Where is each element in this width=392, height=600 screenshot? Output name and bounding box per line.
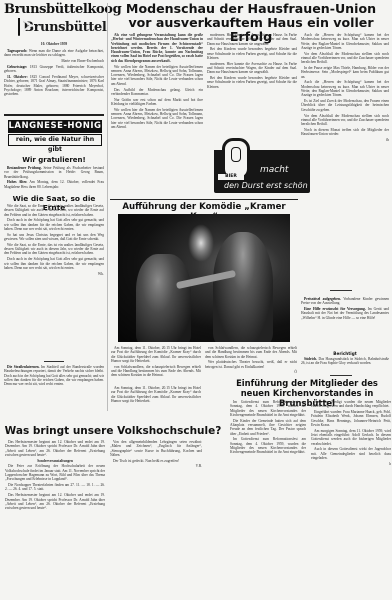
modenschau-paragraph: Vor dem Abschluß der Modenschau stellten… (301, 114, 389, 127)
tagesspruch-author: Marie von Ebner-Eschenbach (4, 59, 104, 63)
modenschau-paragraph: Auch die „Herren der Schöpfung“ kamen be… (301, 33, 389, 50)
newspaper-page: Brunsbüttelkoog Brunsbüttel 10. Oktober … (0, 0, 392, 600)
volkshochschule-paragraph: Das Herbstsemester beginnt am 12. Oktobe… (5, 493, 105, 510)
kirchenvorstand-paragraph: Eingeführt wurden: Frau Marianne Haack, … (311, 410, 391, 427)
volkshochschule-col2: Von den allgemeinbildenden Lehrgängen se… (110, 440, 202, 500)
modenschau-headline-line1: Modenschau der Hausfrauen-Union (110, 2, 392, 16)
divider (4, 114, 104, 116)
volkshochschule-paragraph: Das Herbstsemester beginnt am 12. Oktobe… (5, 440, 105, 457)
kirchenvorstand-paragraph: Am morgigen Sonntag, dem 11. Oktober 195… (311, 429, 391, 446)
kramer-paragraph: Wer plattdeutsches Theater besucht, weiß… (205, 360, 297, 369)
gratulieren-body: Bestandener Prüfung. Seine Prüfung als F… (4, 166, 104, 190)
coat-of-arms-icon (18, 18, 20, 36)
almanac: Tagesspruch: Wenn man die Dame als eine … (4, 49, 104, 98)
volkshochschule-paragraph: Die Nordsapper Theaterfahrten finden am … (5, 483, 105, 492)
ad-beer-word2: den Durst erst schön (224, 181, 308, 190)
strassenlaternen-notice: Die Straßenlaternen. Im Stadtteil auf de… (4, 365, 104, 409)
modenschau-col1: Als eine voll gelungene Veranstaltung ka… (111, 33, 203, 207)
kirchenvorstand-col2: Nach der Predigt wurden die neuen Mitgli… (311, 400, 391, 520)
kirchenvorstand-paragraph: Nach der Predigt wurden die neuen Mitgli… (311, 400, 391, 409)
kramer-paragraph: Am Sonntag, dem 11. Oktober, 20.15 Uhr b… (111, 346, 201, 363)
masthead-title-line2-wrap: Brunsbüttel (18, 18, 100, 36)
modenschau-paragraph: Vor dem Abschluß der Modenschau stellten… (301, 52, 389, 65)
volkshochschule-section-heading: Sonderveranstaltungen (5, 459, 105, 463)
kirchenvorstand-paragraph: Auch in diesem Gottesdienst wirkt der Ju… (311, 447, 391, 460)
modenschau-col2: modernen. Hier kannte die Aversachte zu … (207, 33, 297, 145)
masthead-title-line1: Brunsbüttelkoog (4, 3, 100, 17)
kramer-col1: Am Sonntag, dem 11. Oktober, 20.15 Uhr b… (111, 346, 201, 386)
saat-author-tag: Wk. (4, 272, 104, 276)
ad-beer: BIER macht den Durst erst schön (214, 150, 310, 193)
modenschau-paragraph: Bei den Kindern wurde besonders begehrte… (207, 47, 297, 60)
divider (110, 199, 298, 200)
kramer-paragraph: Am Sonntag, dem 11. Oktober, 20.15 Uhr b… (111, 386, 201, 403)
notices-column: Preisrätsel aufgegeben. Vorhandene Kinde… (301, 297, 389, 321)
modenschau-paragraph: Noch in diesem Monat treffen sich die Mi… (301, 128, 389, 137)
gratulieren-headline: Wir gratulieren! (4, 156, 104, 164)
saat-paragraph: Doch auch in der Schöpfung hat Gott alle… (4, 257, 104, 270)
saat-body: Wie die Saat, so die Ernte, das ist ein … (4, 204, 104, 360)
kramer-col1-cont: Am Sonntag, dem 11. Oktober, 20.15 Uhr b… (111, 386, 201, 410)
saat-paragraph: Wie die Saat, so die Ernte, das ist ein … (4, 204, 104, 217)
modenschau-col3: Auch die „Herren der Schöpfung“ kamen be… (301, 33, 389, 287)
masthead: Brunsbüttelkoog Brunsbüttel (4, 3, 100, 36)
kramer-author-tag: Ö (205, 370, 297, 374)
kirchenvorstand-paragraph: Die Kinder der Gemeinde hatten sich auf … (230, 419, 306, 436)
kramer-paragraph: von Schlafwandlern, die schauspielerisch… (111, 365, 201, 378)
modenschau-author-tag: fh (301, 138, 389, 142)
modenschau-paragraph: Wir wollen hier die Namen der beteiligte… (111, 108, 203, 129)
berichtigt-notice: Südrich. Das Hausgrundstück in Südrich, … (301, 357, 389, 367)
volkshochschule-author-tag: V.B. (110, 464, 202, 468)
modenschau-paragraph: modernen. Hier kannte die Aversachte zu … (207, 33, 297, 46)
saat-paragraph: Wie die Saat, so die Ernte, das ist ein … (4, 243, 104, 256)
modenschau-paragraph: Wir wollen hier die Namen der beteiligte… (111, 65, 203, 86)
theater-photo (118, 214, 290, 342)
kirchenvorstand-headline-line1: Einführung der Mitglieder des (222, 378, 392, 388)
modenschau-paragraph: Das Aufbild der Modenschau gelang. Gleic… (111, 88, 203, 97)
column-rule (107, 3, 108, 411)
ad-langnese-title: LANGNESE-HONIG (8, 120, 102, 133)
modenschau-paragraph: Bei den Kindern wurde besonders begehrte… (207, 76, 297, 89)
ad-beer-label: BIER (218, 174, 244, 180)
issue-date: 10. Oktober 1959 (4, 42, 104, 46)
volkshochschule-col1: Das Herbstsemester beginnt am 12. Oktobe… (5, 440, 105, 590)
kirchenvorstand-col1: Im Gottesdienst zum Reformationsfest am … (230, 400, 306, 520)
modenschau-paragraph: Nur Gräfin war erst schon auf dem Markt … (111, 98, 203, 107)
kirchenvorstand-author-tag: h (311, 462, 391, 466)
modenschau-lead: Als eine voll gelungene Veranstaltung ka… (111, 33, 203, 63)
kirchenvorstand-paragraph: Im Gottesdienst zum Reformationsfest am … (230, 400, 306, 417)
ad-beer-word1: macht (260, 165, 288, 175)
notice-text-cont: Doch auch in der Schöpfung hat Gott alle… (4, 374, 104, 387)
berichtigt-heading: Berichtigt (301, 351, 389, 356)
divider (330, 375, 352, 376)
divider (330, 290, 352, 291)
volkshochschule-headline: Was bringt unsere Volkshochschule? (4, 425, 222, 437)
modenschau-paragraph: Auch die „Herren der Schöpfung“ kamen be… (301, 80, 389, 97)
volkshochschule-paragraph: Der Tisch ist gedeckt. Nun heißt es zugr… (110, 459, 202, 463)
divider (44, 361, 64, 362)
saat-paragraph: Doch auch in der Schöpfung hat Gott alle… (4, 218, 104, 231)
volkshochschule-paragraph: Von den allgemeinbildenden Lehrgängen se… (110, 440, 202, 457)
modenschau-paragraph: In der Pause zeigte Max Thiele, Hamburg,… (301, 66, 389, 79)
modenschau-paragraph: modernen. Hier kannte die Aversachte zu … (207, 62, 297, 75)
ad-langnese-honig: LANGNESE-HONIG rein, wie die Natur ihn g… (8, 120, 102, 150)
saat-paragraph: So hat uns Jesus Christus begegnet und e… (4, 233, 104, 242)
kirchenvorstand-paragraph: Im Gottesdienst zum Reformationsfest am … (230, 437, 306, 454)
kramer-paragraph: von Schlafwandlern, die schauspielerisch… (205, 346, 297, 359)
volkshochschule-paragraph: Die Feier zur Eröffnung der Hochschularb… (5, 464, 105, 481)
ad-langnese-slogan: rein, wie die Natur ihn gibt (8, 134, 102, 146)
masthead-title-line2: Brunsbüttel (23, 20, 106, 35)
modenschau-paragraph: Es ist Ziel und Zweck der Modenschau, de… (301, 99, 389, 112)
